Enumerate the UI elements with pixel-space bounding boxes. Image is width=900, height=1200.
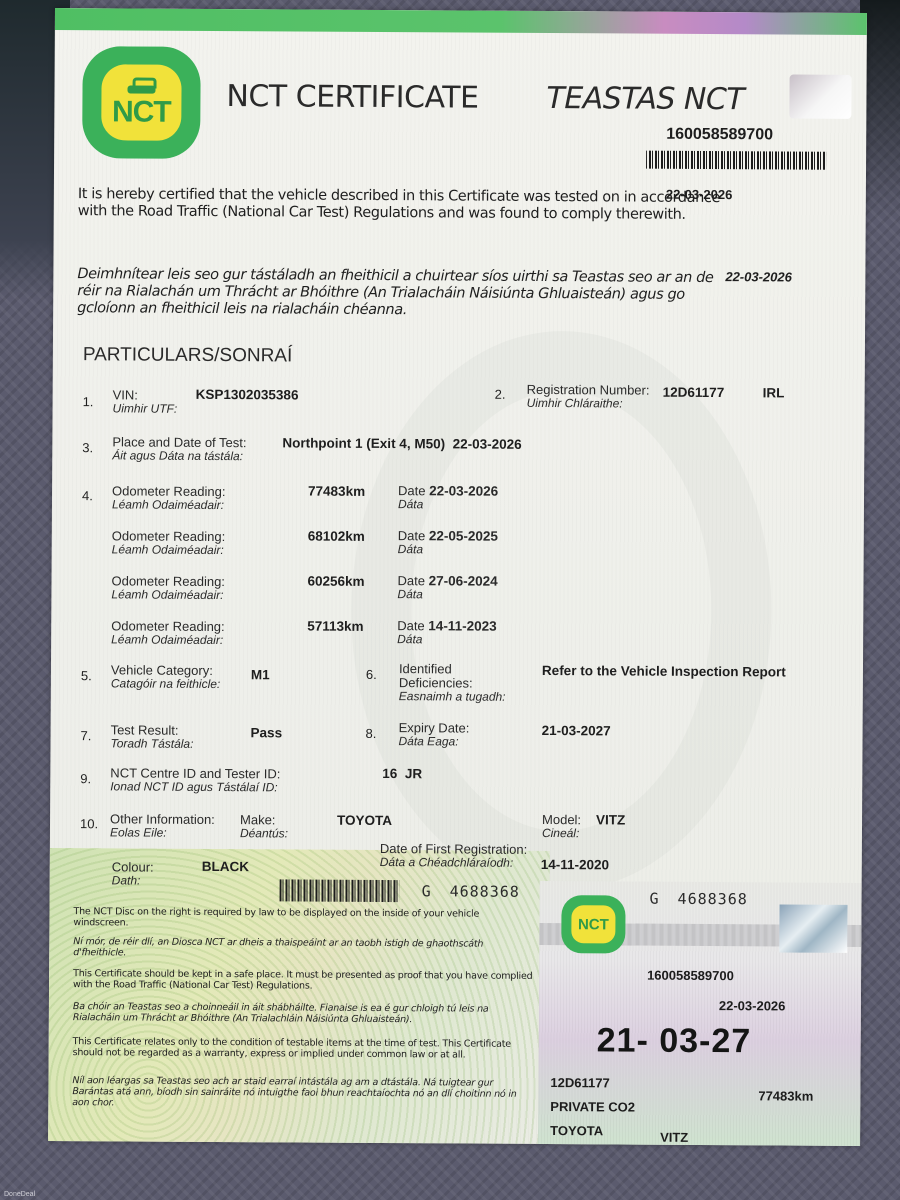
label-ga: Léamh Odaiméadair:	[111, 588, 225, 602]
date-label-ga: Dáta	[397, 633, 496, 647]
first-registration-label: Date of First Registration: Dáta a Chéad…	[380, 842, 528, 870]
label-ga: Dath:	[112, 874, 154, 887]
label-ga: Toradh Tástála:	[110, 737, 193, 751]
model-value: VITZ	[596, 812, 625, 827]
odometer-date: Date 14-11-2023Dáta	[397, 619, 497, 647]
category-value: M1	[251, 667, 270, 682]
serial-prefix: G	[422, 882, 432, 900]
disc-test-date: 22-03-2026	[719, 998, 786, 1013]
odometer-value: 60256km	[307, 574, 364, 589]
photo-credit: DoneDeal	[4, 1191, 35, 1198]
odometer-label: Odometer Reading:Léamh Odaiméadair:	[111, 619, 225, 647]
odometer-label: Odometer Reading:Léamh Odaiméadair:	[112, 484, 226, 512]
particulars-title: PARTICULARS/SONRAÍ	[83, 344, 293, 367]
make-label: Make: Déantús:	[240, 813, 288, 840]
odometer-date: Date 22-05-2025Dáta	[398, 529, 498, 557]
car-icon	[127, 77, 155, 95]
deficiencies-value: Refer to the Vehicle Inspection Report	[542, 663, 786, 679]
item-number: 4.	[82, 488, 93, 503]
odometer-value: 68102km	[308, 529, 365, 544]
notice-ga: Ba chóir an Teastas seo a choinneáil in …	[73, 1001, 533, 1026]
odometer-date: Date 27-06-2024Dáta	[397, 574, 497, 602]
certification-text-ga: Deimhnítear leis seo gur tástáladh an fh…	[77, 266, 737, 321]
notice-en: This Certificate relates only to the con…	[73, 1036, 533, 1061]
label-ga: Uimhir Chláraithe:	[527, 397, 650, 411]
colour-label: Colour: Dath:	[112, 860, 154, 887]
barcode	[646, 151, 826, 170]
expiry-value: 21-03-2027	[542, 723, 611, 738]
make-value: TOYOTA	[337, 813, 392, 828]
category-label: Vehicle Category: Catagóir na feithicle:	[111, 663, 221, 691]
vin-value: KSP1302035386	[196, 387, 299, 403]
label-ga: Áit agus Dáta na tástála:	[112, 449, 246, 463]
title-irish: TEASTAS NCT	[546, 81, 744, 117]
top-color-band	[55, 8, 867, 35]
item-number: 1.	[83, 394, 94, 409]
label-ga: Uimhir UTF:	[113, 402, 178, 415]
logo-text: NCT	[112, 97, 171, 127]
label-ga: Dáta a Chéadchláraíodh:	[380, 856, 527, 870]
item-number: 7.	[81, 728, 92, 743]
barcode	[280, 879, 400, 902]
nct-logo: NCT	[82, 46, 201, 159]
label-ga: Léamh Odaiméadair:	[112, 498, 226, 512]
item-number: 2.	[495, 387, 506, 402]
disc-nct-logo: NCT	[561, 895, 625, 953]
disc-hologram	[779, 904, 847, 952]
title-english: NCT CERTIFICATE	[226, 79, 478, 116]
nct-certificate: NCT NCT CERTIFICATE TEASTAS NCT 16005858…	[48, 8, 867, 1146]
result-label: Test Result: Toradh Tástála:	[110, 723, 193, 751]
date-label-ga: Dáta	[398, 498, 498, 512]
item-number: 9.	[80, 771, 91, 786]
watermark	[350, 330, 773, 893]
label-ga: Ionad NCT ID agus Tástálaí ID:	[110, 780, 280, 794]
odometer-label: Odometer Reading:Léamh Odaiméadair:	[111, 574, 225, 602]
certification-date-ga: 22-03-2026	[725, 269, 792, 284]
item-number: 10.	[80, 816, 98, 831]
item-number: 8.	[366, 726, 377, 741]
expiry-label: Expiry Date: Dáta Eaga:	[398, 721, 469, 748]
item-number: 3.	[82, 440, 93, 455]
certificate-number: 160058589700	[666, 126, 773, 145]
odometer-value: 77483km	[308, 484, 365, 499]
disc-odometer: 77483km	[758, 1088, 813, 1103]
disc-logo-text: NCT	[571, 905, 615, 943]
registration-label: Registration Number: Uimhir Chláraithe:	[527, 383, 650, 411]
label-ga: Eolas Eile:	[110, 826, 215, 840]
notice-en: The NCT Disc on the right is required by…	[73, 906, 533, 931]
colour-value: BLACK	[202, 859, 249, 874]
disc-expiry: 21- 03-27	[597, 1021, 752, 1061]
certification-date-en: 22-03-2026	[666, 187, 733, 202]
nct-disc: NCT G 4688368 160058589700 22-03-2026 21…	[538, 881, 862, 1146]
deficiencies-label: Identified Deficiencies: Easnaimh a tuga…	[399, 662, 506, 704]
notice-en: This Certificate should be kept in a saf…	[73, 968, 533, 993]
result-value: Pass	[251, 725, 283, 740]
notice-ga: Ní mór, de réir dlí, an Diosca NCT ar dh…	[73, 936, 533, 961]
centre-value: 16 JR	[382, 766, 422, 781]
date-label-ga: Dáta	[398, 543, 498, 557]
registration-value: 12D61177	[663, 385, 725, 400]
label-ga: Léamh Odaiméadair:	[112, 543, 226, 557]
serial-number: 4688368	[450, 882, 520, 900]
label-ga: Déantús:	[240, 827, 288, 840]
registration-country: IRL	[763, 385, 785, 400]
label-ga: Cineál:	[542, 827, 581, 840]
disc-class: PRIVATE CO2	[550, 1099, 635, 1115]
disc-make: TOYOTA	[550, 1123, 603, 1138]
label-ga: Catagóir na feithicle:	[111, 677, 220, 691]
label-ga: Dáta Eaga:	[398, 735, 469, 748]
item-number: 5.	[81, 668, 92, 683]
place-date-value: Northpoint 1 (Exit 4, M50) 22-03-2026	[282, 435, 521, 451]
disc-model: VITZ	[660, 1130, 688, 1145]
centre-label: NCT Centre ID and Tester ID: Ionad NCT I…	[110, 766, 280, 794]
odometer-label: Odometer Reading:Léamh Odaiméadair:	[112, 529, 226, 557]
odometer-date: Date 22-03-2026Dáta	[398, 484, 498, 512]
disc-registration: 12D61177	[550, 1075, 609, 1090]
other-info-label: Other Information: Eolas Eile:	[110, 812, 215, 840]
odometer-value: 57113km	[307, 619, 363, 634]
vin-label: VIN: Uimhir UTF:	[113, 388, 178, 415]
first-registration-value: 14-11-2020	[541, 857, 609, 872]
item-number: 6.	[366, 667, 377, 682]
hologram-sticker	[789, 74, 851, 118]
place-date-label: Place and Date of Test: Áit agus Dáta na…	[112, 435, 246, 463]
disc-year: 2012	[778, 1144, 807, 1146]
disc-serial-number: 4688368	[678, 890, 748, 908]
label-ga: Easnaimh a tugadh:	[399, 690, 506, 704]
disc-certificate-number: 160058589700	[647, 968, 734, 984]
certification-text-en: It is hereby certified that the vehicle …	[78, 186, 738, 224]
model-label: Model: Cineál:	[542, 813, 581, 840]
label-ga: Léamh Odaiméadair:	[111, 633, 225, 647]
date-label-ga: Dáta	[397, 588, 497, 602]
disc-serial-prefix: G	[650, 890, 660, 908]
notice-ga: Níl aon léargas sa Teastas seo ach ar st…	[72, 1075, 532, 1111]
